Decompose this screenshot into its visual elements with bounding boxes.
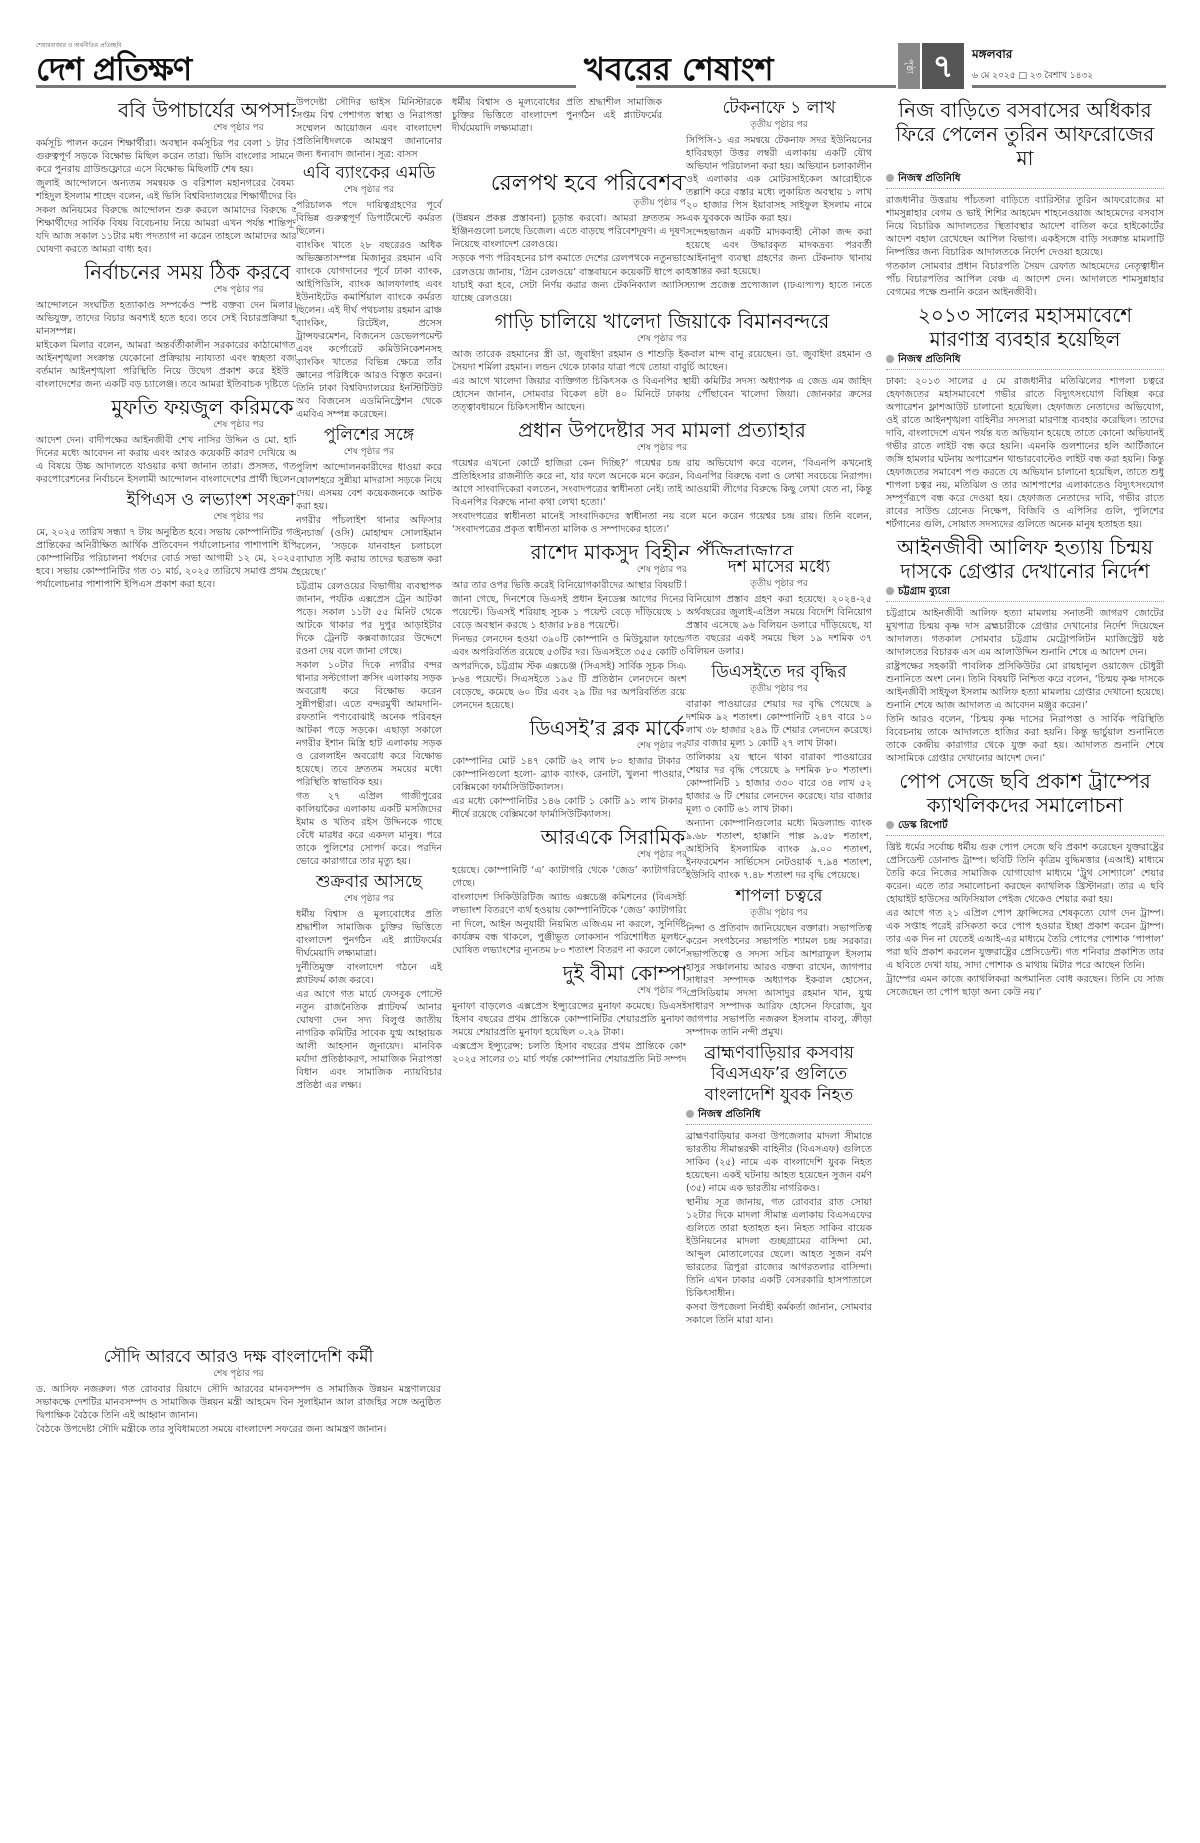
story-trump: পোপ সেজে ছবি প্রকাশ ট্রাম্পের ক্যাথলিকদে… bbox=[886, 769, 1164, 999]
headline[interactable]: ২০১৩ সালের মহাসমাবেশে মারণাস্ত্র ব্যবহার… bbox=[886, 303, 1164, 351]
column-narrow-2: উপদেষ্টা সৌদির ভাইস মিনিস্টারকে সপ্তম বি… bbox=[296, 96, 442, 1096]
column-far-right: নিজ বাড়িতে বসবাসের অধিকার ফিরে পেলেন তু… bbox=[886, 96, 1164, 1003]
headline[interactable]: শুক্রবার আসছে bbox=[296, 872, 442, 893]
headline[interactable]: আইনজীবী আলিফ হত্যায় চিন্ময় দাসকে গ্রেপ… bbox=[886, 535, 1164, 583]
paragraph: তালিকায় ২য় স্থানে থাকা বারাকা পাওয়ারে… bbox=[686, 751, 872, 816]
paragraph: ব্যাংকিং খাতে ২৮ বছরেরও অধিক অভিজ্ঞতাসম্… bbox=[296, 239, 442, 421]
divider bbox=[686, 1124, 872, 1125]
byline: নিজস্ব প্রতিনিধি bbox=[886, 353, 1164, 366]
bullet-icon bbox=[886, 821, 894, 829]
column-left-lower: সৌদি আরবে আরও দক্ষ বাংলাদেশি কর্মী শেষ প… bbox=[36, 1345, 441, 1440]
newspaper-logo[interactable]: দেশ প্রতিক্ষণ bbox=[36, 44, 191, 98]
bullet-icon bbox=[686, 1110, 694, 1118]
story-khaleda: গাড়ি চালিয়ে খালেদা জিয়াকে বিমানবন্দরে… bbox=[452, 309, 872, 414]
headline[interactable]: পুলিশের সঙ্গে bbox=[296, 425, 442, 446]
story-brahmanbaria: ব্রাহ্মণবাড়িয়ার কসবায় বিএসএফ’র গুলিতে… bbox=[686, 1043, 872, 1327]
paragraph: কসবা উপজেলা নির্বাহী কর্মকর্তা জানান, সো… bbox=[686, 1301, 872, 1327]
jump-label: তৃতীয় পৃষ্ঠার পর bbox=[686, 683, 872, 696]
column-center: ধর্মীয় বিশ্বাস ও মূল্যবোধের প্রতি শ্রদ্… bbox=[452, 96, 662, 136]
headline[interactable]: নিজ বাড়িতে বসবাসের অধিকার ফিরে পেলেন তু… bbox=[886, 98, 1164, 170]
paragraph: ধর্মীয় বিশ্বাস ও মূল্যবোধের প্রতি শ্রদ্… bbox=[296, 908, 442, 960]
headline[interactable]: ব্রাহ্মণবাড়িয়ার কসবায় বিএসএফ’র গুলিতে… bbox=[686, 1043, 872, 1106]
headline[interactable]: এবি ব্যাংকের এমডি bbox=[296, 163, 442, 184]
headline[interactable]: দশ মাসের মধ্যে bbox=[686, 557, 872, 578]
date-block: মঙ্গলবার ৬ মে ২০২৫ □ ২৩ বৈশাখ ১৪৩২ bbox=[972, 46, 1093, 83]
divider bbox=[886, 835, 1164, 836]
paragraph: দুর্নীতিমুক্ত বাংলাদেশ গঠনে এই প্ল্যাটফর… bbox=[296, 961, 442, 987]
paragraph: গত ২৭ এপ্রিল গাজীপুরের কালিয়াকৈর এলাকায… bbox=[296, 790, 442, 868]
story-police: পুলিশের সঙ্গে শেষ পৃষ্ঠার পর পুলিশ আন্দো… bbox=[296, 425, 442, 868]
paragraph: বিনিয়োগ প্রস্তাব গ্রহণ করা হয়েছে। ২০২৪… bbox=[686, 593, 872, 658]
paragraph: গতকাল সোমবার প্রধান বিচারপতি সৈয়দ রেফাত… bbox=[886, 260, 1164, 299]
story-saudi: সৌদি আরবে আরও দক্ষ বাংলাদেশি কর্মী শেষ প… bbox=[36, 1347, 441, 1436]
jump-label: শেষ পৃষ্ঠার পর bbox=[452, 333, 872, 346]
byline-text: চট্টগ্রাম ব্যুরো bbox=[898, 586, 950, 597]
byline: নিজস্ব প্রতিনিধি bbox=[686, 1108, 872, 1121]
page-number: ৭ bbox=[922, 43, 964, 89]
paragraph: রাজধানীর উত্তরায় পাঁচতলা বাড়িতে ব্যারি… bbox=[886, 194, 1164, 259]
column-right-narrow-2: দশ মাসের মধ্যে তৃতীয় পৃষ্ঠার পর বিনিয়ো… bbox=[686, 555, 872, 1331]
jump-label: তৃতীয় পৃষ্ঠার পর bbox=[686, 119, 872, 132]
byline-text: নিজস্ব প্রতিনিধি bbox=[898, 354, 960, 365]
paragraph: চট্টগ্রামে আইনজীবী আলিফ হত্যা মামলায় সন… bbox=[886, 607, 1164, 659]
paragraph: বারাকা পাওয়ারের শেয়ার দর বৃদ্ধি পেয়েছ… bbox=[686, 698, 872, 750]
headline[interactable]: সৌদি আরবে আরও দক্ষ বাংলাদেশি কর্মী bbox=[36, 1347, 441, 1368]
paragraph: ধর্মীয় বিশ্বাস ও মূল্যবোধের প্রতি শ্রদ্… bbox=[452, 96, 662, 135]
paragraph: উপদেষ্টা সৌদির ভাইস মিনিস্টারকে সপ্তম বি… bbox=[296, 96, 442, 161]
story-turin: নিজ বাড়িতে বসবাসের অধিকার ফিরে পেলেন তু… bbox=[886, 98, 1164, 299]
paragraph: পরিচালক পদে দায়িত্বগ্রহণের পূর্বে বিভিন… bbox=[296, 199, 442, 238]
story-ab-bank: এবি ব্যাংকের এমডি শেষ পৃষ্ঠার পর পরিচালক… bbox=[296, 163, 442, 421]
paragraph: ড. আসিফ নজরুল। গত রোববার রিয়াদে সৌদি আর… bbox=[36, 1383, 441, 1422]
paragraph: সকাল ১০টার দিকে নগরীর বন্দর থানার সল্টগো… bbox=[296, 659, 442, 789]
story-teknaf: টেকনাফে ১ লাখ তৃতীয় পৃষ্ঠার পর সিপিসি-১… bbox=[686, 98, 872, 278]
divider bbox=[886, 188, 1164, 189]
jump-label: শেষ পৃষ্ঠার পর bbox=[36, 1368, 441, 1381]
page-label: পৃষ্ঠা bbox=[898, 43, 920, 89]
divider bbox=[886, 369, 1164, 370]
headline[interactable]: প্রধান উপদেষ্টার সব মামলা প্রত্যাহার bbox=[452, 418, 872, 442]
headline[interactable]: শাপলা চত্বরে bbox=[686, 886, 872, 907]
jump-label: তৃতীয় পৃষ্ঠার পর bbox=[686, 907, 872, 920]
story-shapla: শাপলা চত্বরে তৃতীয় পৃষ্ঠার পর নিন্দা ও … bbox=[686, 886, 872, 1039]
paragraph: এর আগে খালেদা জিয়ার ব্যক্তিগত চিকিৎসক ও… bbox=[452, 375, 872, 414]
byline-text: নিজস্ব প্রতিনিধি bbox=[698, 1109, 760, 1120]
masthead-rule bbox=[972, 85, 1166, 88]
paragraph: আজ তারেক রহমানের স্ত্রী ডা. জুবাইদা রহমা… bbox=[452, 348, 872, 374]
story-dosh-mash: দশ মাসের মধ্যে তৃতীয় পৃষ্ঠার পর বিনিয়ো… bbox=[686, 557, 872, 658]
paragraph: এর আগে গত ২১ এপ্রিল পোপ ফ্রান্সিসের শেষক… bbox=[886, 907, 1164, 972]
paragraph: স্থানীয় সূত্র জানায়, গত রোববার রাত সোয… bbox=[686, 1196, 872, 1300]
jump-label: শেষ পৃষ্ঠার পর bbox=[452, 442, 872, 455]
weekday: মঙ্গলবার bbox=[972, 46, 1093, 66]
jump-label: শেষ পৃষ্ঠার পর bbox=[296, 893, 442, 906]
byline-text: ডেস্ক রিপোর্ট bbox=[898, 820, 948, 831]
paragraph: ব্রাহ্মণবাড়িয়ার কসবা উপজেলার মাদলা সীম… bbox=[686, 1130, 872, 1195]
paragraph: গয়েশ্বর এখনো কোর্টে হাজিরা কেন দিচ্ছি?’… bbox=[452, 457, 872, 509]
jump-label: শেষ পৃষ্ঠার পর bbox=[296, 446, 442, 459]
story-hefazat: ২০১৩ সালের মহাসমাবেশে মারণাস্ত্র ব্যবহার… bbox=[886, 303, 1164, 531]
section-title: খবরের শেষাংশ bbox=[584, 44, 774, 98]
masthead-rule bbox=[36, 85, 576, 88]
masthead: শেয়ারবাজার ও অর্থনীতির প্রতিচ্ছবি দেশ প… bbox=[36, 0, 1166, 88]
divider bbox=[886, 601, 1164, 602]
paragraph: নগরীর পাঁচলাইশ থানার অফিসার ইনচার্জ (ওসি… bbox=[296, 514, 442, 579]
byline: নিজস্ব প্রতিনিধি bbox=[886, 172, 1164, 185]
bullet-icon bbox=[886, 174, 894, 182]
paragraph: সংবাদপত্রের স্বাধীনতা মানেই সাংবাদিকদের … bbox=[452, 510, 872, 536]
masthead-rule bbox=[636, 85, 896, 88]
headline[interactable]: গাড়ি চালিয়ে খালেদা জিয়াকে বিমানবন্দরে bbox=[452, 309, 872, 333]
paragraph: রাষ্ট্রপক্ষের সহকারী পাবলিক প্রসিকিউটর ম… bbox=[886, 660, 1164, 712]
headline[interactable]: পোপ সেজে ছবি প্রকাশ ট্রাম্পের ক্যাথলিকদে… bbox=[886, 769, 1164, 817]
paragraph: চট্টগ্রাম রেলওয়ের বিভাগীয় ব্যবস্থাপক জ… bbox=[296, 580, 442, 658]
paragraph: তিনি আরও বলেন, ‘চিন্ময় কৃষ্ণ দাসের নিরা… bbox=[886, 713, 1164, 765]
headline[interactable]: ডিএসইতে দর বৃদ্ধির bbox=[686, 662, 872, 683]
paragraph: সন্দেহভাজন একটি মাদকবাহী নৌকা জব্দ করা হ… bbox=[686, 226, 872, 278]
column-right-narrow: টেকনাফে ১ লাখ তৃতীয় পৃষ্ঠার পর সিপিসি-১… bbox=[686, 96, 872, 282]
story-shukrabar: শুক্রবার আসছে শেষ পৃষ্ঠার পর ধর্মীয় বিশ… bbox=[296, 872, 442, 1092]
paragraph: অন্যান্য কোম্পানিগুলোর মধ্যে মিডল্যান্ড … bbox=[686, 817, 872, 882]
paragraph: এর আগে গত মার্চে ফেসবুক পোস্টে নতুন রাজন… bbox=[296, 988, 442, 1092]
jump-label: শেষ পৃষ্ঠার পর bbox=[296, 184, 442, 197]
byline-text: নিজস্ব প্রতিনিধি bbox=[898, 173, 960, 184]
byline: ডেস্ক রিপোর্ট bbox=[886, 819, 1164, 832]
paragraph: খ্রিষ্ট ধর্মের সর্বোচ্চ ধর্মীয় গুরু পোপ… bbox=[886, 841, 1164, 906]
paragraph: সিপিসি-১ এর সমন্বয়ে টেকনাফ সদর ইউনিয়নে… bbox=[686, 134, 872, 225]
paragraph: ঢাকা: ২০১৩ সালের ৫ মে রাজধানীর মতিঝিলের … bbox=[886, 375, 1164, 531]
issue-date: ৬ মে ২০২৫ □ ২৩ বৈশাখ ১৪৩২ bbox=[972, 68, 1093, 83]
jump-label: তৃতীয় পৃষ্ঠার পর bbox=[686, 578, 872, 591]
paragraph: পুলিশ আন্দোলনকারীদের ধাওয়া করে ষোলশহরে … bbox=[296, 461, 442, 513]
byline: চট্টগ্রাম ব্যুরো bbox=[886, 585, 1164, 598]
bullet-icon bbox=[886, 355, 894, 363]
story-chinmoy: আইনজীবী আলিফ হত্যায় চিন্ময় দাসকে গ্রেপ… bbox=[886, 535, 1164, 765]
paragraph: নিন্দা ও প্রতিবাদ জানিয়েছেন বক্তারা। সভ… bbox=[686, 922, 872, 1039]
story-dse-growth: ডিএসইতে দর বৃদ্ধির তৃতীয় পৃষ্ঠার পর বার… bbox=[686, 662, 872, 882]
paragraph: ট্রাম্পের এমন কাজে ক্যাথলিকরা অপমানিত বো… bbox=[886, 973, 1164, 999]
paragraph: বৈঠকে উপদেষ্টা সৌদি মন্ত্রীকে তার সুবিধা… bbox=[36, 1423, 441, 1436]
bullet-icon bbox=[886, 587, 894, 595]
headline[interactable]: টেকনাফে ১ লাখ bbox=[686, 98, 872, 119]
story-pradhan: প্রধান উপদেষ্টার সব মামলা প্রত্যাহার শেষ… bbox=[452, 418, 872, 536]
